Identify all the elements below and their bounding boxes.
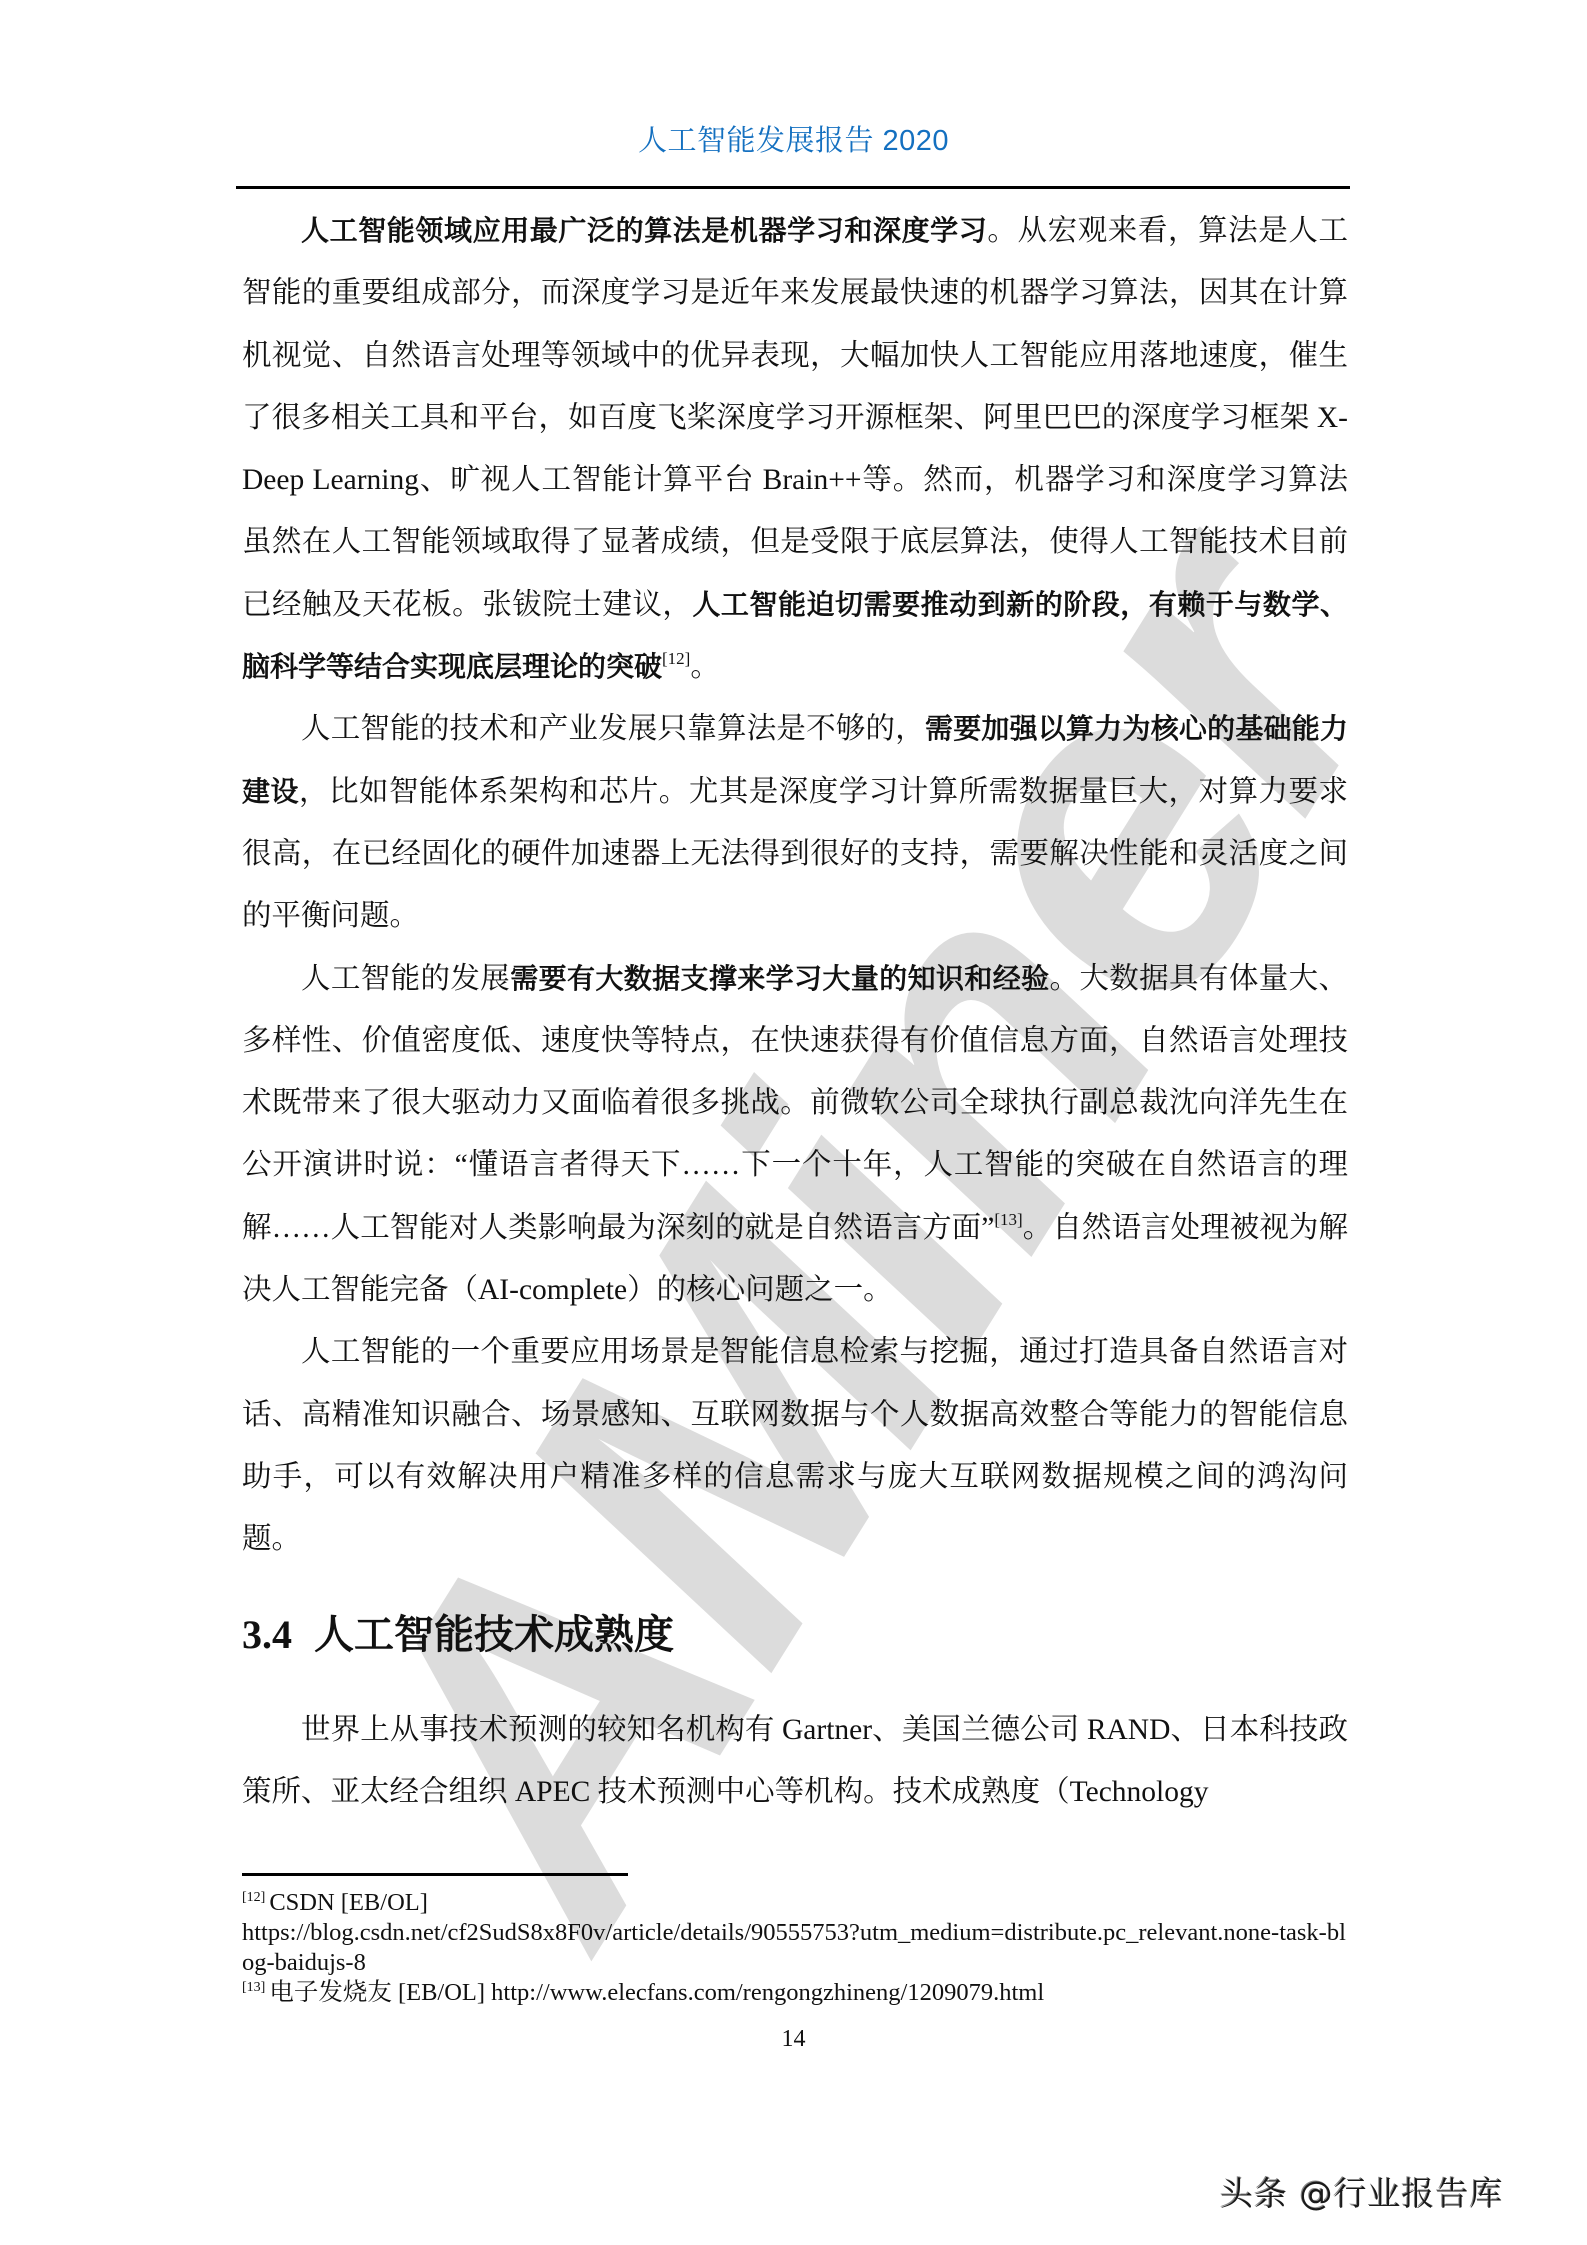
page-body: 人工智能领域应用最广泛的算法是机器学习和深度学习。从宏观来看，算法是人工智能的重… (242, 200, 1348, 1823)
paragraph: 人工智能领域应用最广泛的算法是机器学习和深度学习。从宏观来看，算法是人工智能的重… (242, 200, 1348, 698)
citation-marker[interactable]: [12] (662, 649, 690, 668)
footnote-marker: [12] (242, 1890, 265, 1905)
paragraph: 人工智能的一个重要应用场景是智能信息检索与挖掘，通过打造具备自然语言对话、高精准… (242, 1321, 1348, 1570)
emphasis-text: 需要有大数据支撑来学习大量的知识和经验 (510, 962, 1049, 995)
footnote-url[interactable]: https://blog.csdn.net/cf2SudS8x8F0v/arti… (242, 1919, 1346, 1976)
body-text: 人工智能的一个重要应用场景是智能信息检索与挖掘，通过打造具备自然语言对话、高精准… (242, 1336, 1348, 1555)
citation-marker[interactable]: [13] (994, 1210, 1022, 1229)
section-heading: 3.4人工智能技术成熟度 (242, 1605, 1348, 1665)
footnote-item: [12]CSDN [EB/OL]https://blog.csdn.net/cf… (242, 1888, 1348, 1978)
paragraph: 人工智能的技术和产业发展只靠算法是不够的，需要加强以算力为核心的基础能力建设，比… (242, 698, 1348, 947)
body-text: 世界上从事技术预测的较知名机构有 Gartner、美国兰德公司 RAND、日本科… (242, 1714, 1348, 1808)
body-text: 。从宏观来看，算法是人工智能的重要组成部分，而深度学习是近年来发展最快速的机器学… (242, 215, 1348, 621)
footnote-marker: [13] (242, 1980, 265, 1995)
emphasis-text: 人工智能领域应用最广泛的算法是机器学习和深度学习 (301, 214, 987, 247)
body-text: 人工智能的技术和产业发展只靠算法是不够的， (301, 713, 925, 745)
section-title-text: 人工智能技术成熟度 (314, 1612, 674, 1658)
source-watermark-tag: 头条 @行业报告库 (1220, 2168, 1504, 2215)
footnote-label: CSDN [EB/OL] (269, 1889, 428, 1916)
body-text: 。 (690, 651, 720, 683)
paragraph: 人工智能的发展需要有大数据支撑来学习大量的知识和经验。大数据具有体量大、多样性、… (242, 948, 1348, 1322)
body-text: 。大数据具有体量大、多样性、价值密度低、速度快等特点，在快速获得有价值信息方面，… (242, 963, 1348, 1244)
header-divider (236, 186, 1350, 189)
body-text: ，比如智能体系架构和芯片。尤其是深度学习计算所需数据量巨大，对算力要求很高，在已… (242, 776, 1348, 933)
paragraph: 世界上从事技术预测的较知名机构有 Gartner、美国兰德公司 RAND、日本科… (242, 1699, 1348, 1824)
footnote-divider (242, 1873, 628, 1876)
section-number: 3.4 (242, 1612, 292, 1657)
running-header: 人工智能发展报告 2020 (0, 118, 1587, 159)
footnote-item: [13]电子发烧友 [EB/OL] http://www.elecfans.co… (242, 1978, 1348, 2008)
section-paragraphs: 世界上从事技术预测的较知名机构有 Gartner、美国兰德公司 RAND、日本科… (242, 1699, 1348, 1824)
footnote-label: 电子发烧友 [EB/OL] (269, 1979, 485, 2006)
page-number: 14 (0, 2026, 1587, 2053)
body-paragraphs: 人工智能领域应用最广泛的算法是机器学习和深度学习。从宏观来看，算法是人工智能的重… (242, 200, 1348, 1571)
body-text: 人工智能的发展 (301, 963, 510, 995)
footnotes: [12]CSDN [EB/OL]https://blog.csdn.net/cf… (242, 1888, 1348, 2008)
footnote-url[interactable]: http://www.elecfans.com/rengongzhineng/1… (491, 1979, 1044, 2006)
